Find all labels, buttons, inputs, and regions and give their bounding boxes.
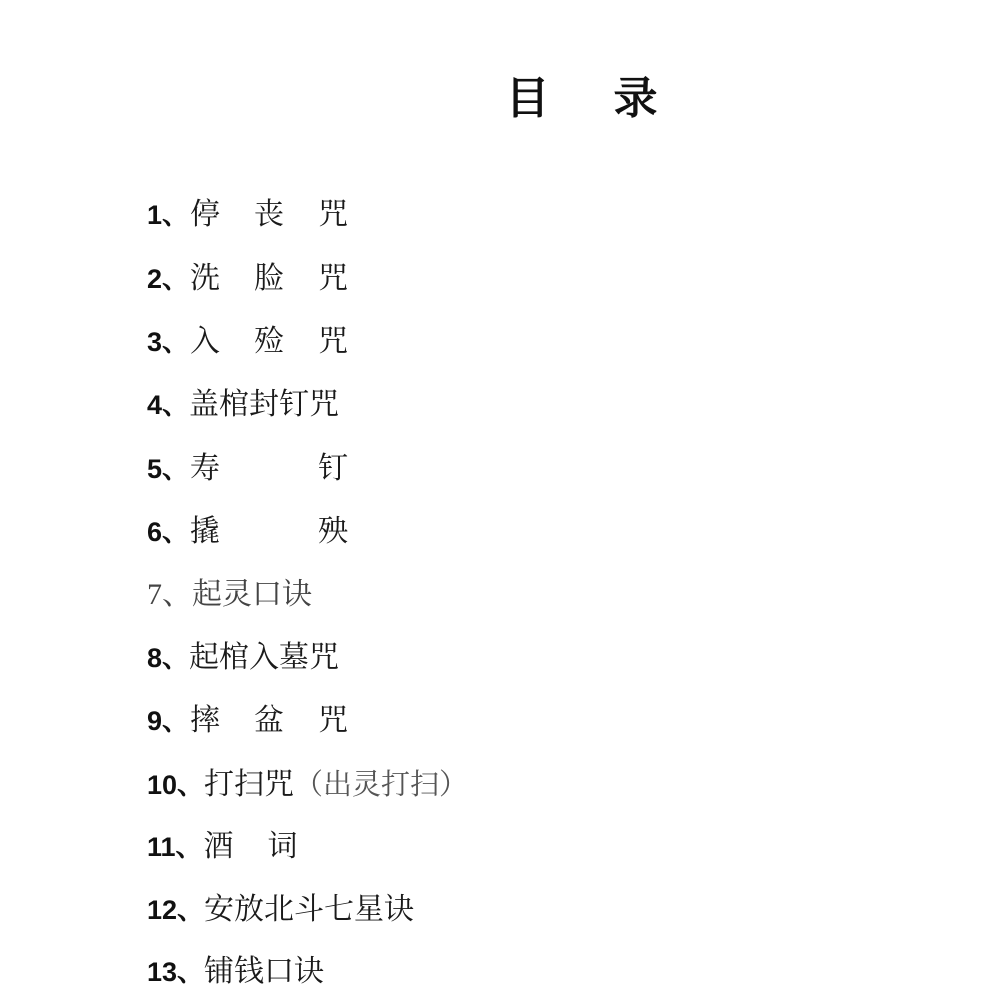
toc-item-number: 13、 (147, 957, 204, 987)
toc-item-number: 6、 (147, 517, 189, 547)
toc-item-number: 12、 (147, 895, 204, 925)
toc-item-1[interactable]: 1、停丧咒 (147, 190, 349, 240)
toc-item-title: 寿钉 (189, 451, 349, 486)
toc-item-number: 10、 (147, 770, 204, 800)
toc-item-number: 7、 (147, 578, 192, 611)
toc-item-title: 起灵口诀 (192, 577, 312, 612)
toc-item-number: 11、 (147, 832, 203, 862)
title-char-2: 录 (614, 62, 658, 126)
toc-item-number: 3、 (147, 327, 189, 357)
page-title: 目录 (0, 62, 1003, 122)
toc-item-title: 起棺入墓咒 (189, 640, 339, 675)
toc-item-number: 1、 (147, 200, 189, 230)
toc-item-title: 停丧咒 (189, 197, 349, 232)
toc-item-11[interactable]: 11、酒词 (147, 822, 299, 872)
toc-item-title: 摔盆咒 (189, 703, 349, 738)
toc-item-12[interactable]: 12、安放北斗七星诀 (147, 885, 414, 935)
toc-item-10[interactable]: 10、打扫咒（出灵打扫） (147, 759, 468, 809)
toc-item-number: 9、 (147, 706, 189, 736)
toc-item-number: 8、 (147, 643, 189, 673)
toc-item-title: 铺钱口诀 (204, 954, 324, 989)
toc-item-5[interactable]: 5、寿钉 (147, 444, 349, 494)
toc-item-3[interactable]: 3、入殓咒 (147, 317, 349, 367)
toc-item-13[interactable]: 13、铺钱口诀 (147, 947, 324, 995)
toc-item-4[interactable]: 4、盖棺封钉咒 (147, 380, 339, 430)
toc-item-title: 打扫咒 (204, 767, 294, 802)
toc-item-6[interactable]: 6、撬殃 (147, 507, 349, 557)
toc-item-title: 酒词 (203, 829, 299, 864)
toc-item-number: 2、 (147, 264, 189, 294)
toc-item-title: 盖棺封钉咒 (189, 387, 339, 422)
toc-item-number: 4、 (147, 390, 189, 420)
toc-item-9[interactable]: 9、摔盆咒 (147, 696, 349, 746)
title-char-1: 目 (506, 62, 550, 126)
toc-item-title: 撬殃 (189, 514, 349, 549)
toc-item-number: 5、 (147, 454, 189, 484)
toc-item-note: （出灵打扫） (294, 767, 468, 801)
toc-item-title: 安放北斗七星诀 (204, 892, 414, 927)
toc-item-2[interactable]: 2、洗脸咒 (147, 254, 349, 304)
toc-item-title: 入殓咒 (189, 324, 349, 359)
toc-item-7[interactable]: 7、起灵口诀 (147, 570, 312, 620)
toc-item-8[interactable]: 8、起棺入墓咒 (147, 633, 339, 683)
toc-item-title: 洗脸咒 (189, 261, 349, 296)
